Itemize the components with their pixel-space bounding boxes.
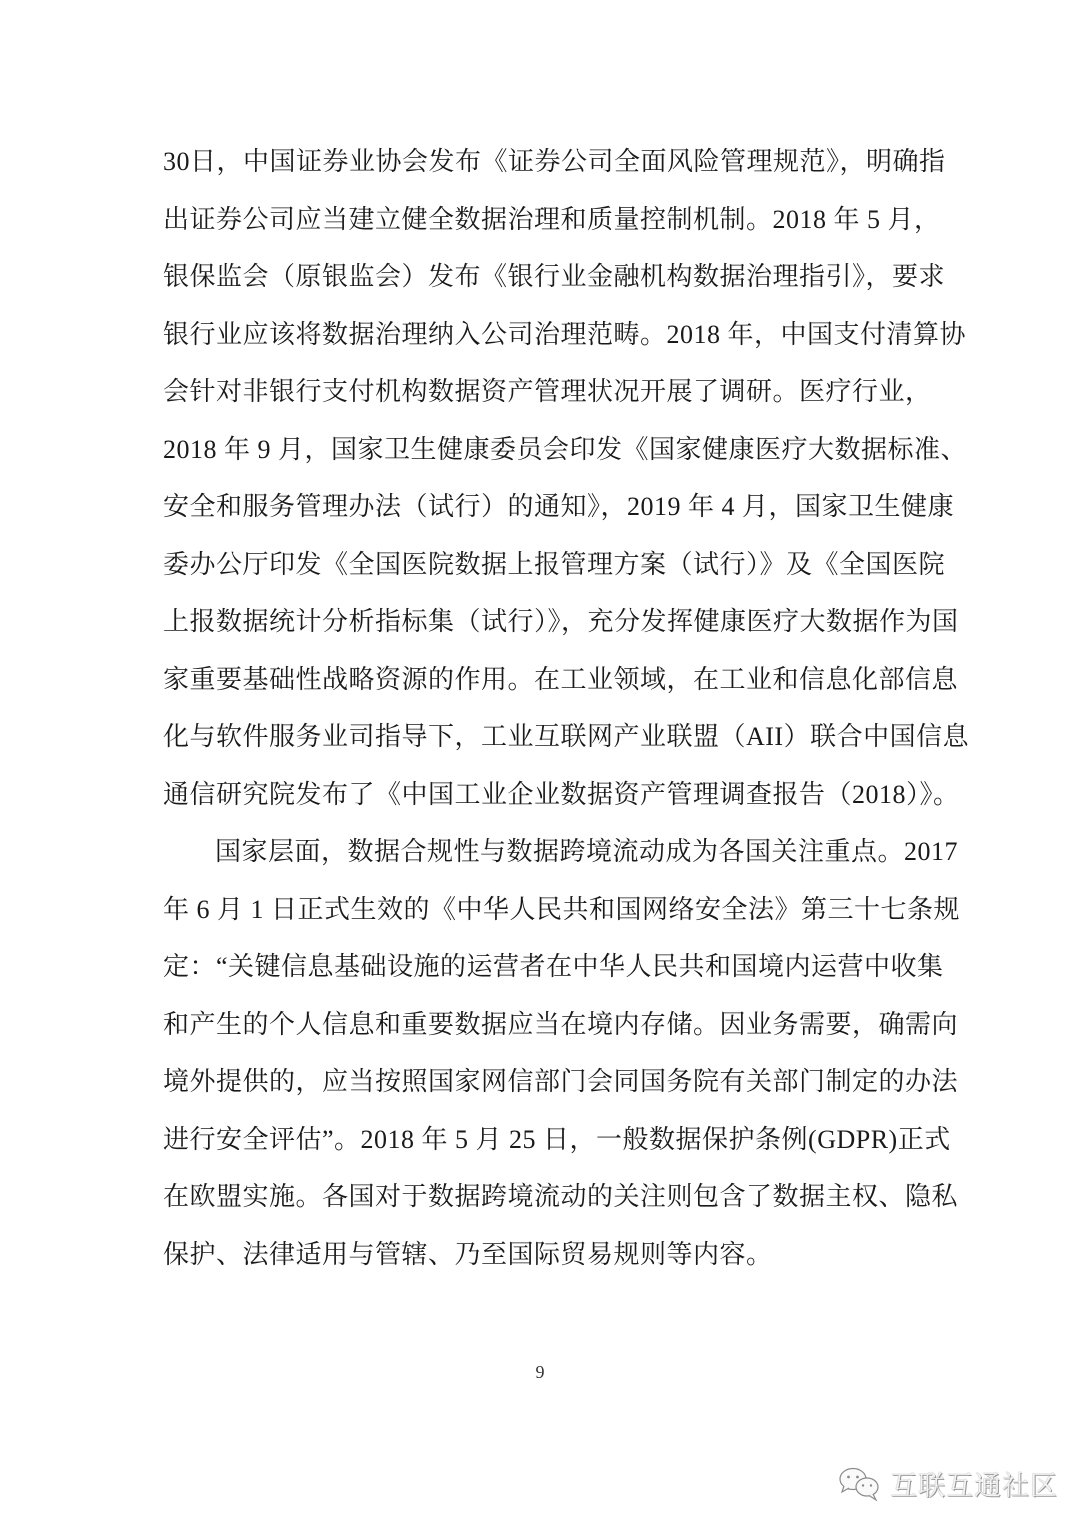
text-line: 在欧盟实施。各国对于数据跨境流动的关注则包含了数据主权、隐私 — [163, 1168, 916, 1226]
text-line: 定：“关键信息基础设施的运营者在中华人民共和国境内运营中收集 — [163, 938, 916, 996]
text-line: 家重要基础性战略资源的作用。在工业领域，在工业和信息化部信息 — [163, 651, 916, 709]
paragraph-end-line: 保护、法律适用与管辖、乃至国际贸易规则等内容。 — [163, 1226, 916, 1284]
text-line: 2018 年 9 月，国家卫生健康委员会印发《国家健康医疗大数据标准、 — [163, 421, 916, 479]
text-line: 30日，中国证券业协会发布《证券公司全面风险管理规范》，明确指 — [163, 133, 916, 191]
text-line: 出证券公司应当建立健全数据治理和质量控制机制。2018 年 5 月， — [163, 191, 916, 249]
paragraph-end-line: 通信研究院发布了《中国工业企业数据资产管理调查报告（2018）》。 — [163, 766, 916, 824]
watermark: 互联互通社区 — [838, 1464, 1058, 1503]
text-line: 委办公厅印发《全国医院数据上报管理方案（试行）》及《全国医院 — [163, 536, 916, 594]
text-line: 化与软件服务业司指导下，工业互联网产业联盟（AII）联合中国信息 — [163, 708, 916, 766]
watermark-text: 互联互通社区 — [890, 1464, 1058, 1503]
paragraph-start-line: 国家层面，数据合规性与数据跨境流动成为各国关注重点。2017 — [163, 823, 916, 881]
wechat-icon — [838, 1466, 882, 1502]
text-line: 上报数据统计分析指标集（试行）》，充分发挥健康医疗大数据作为国 — [163, 593, 916, 651]
text-line: 年 6 月 1 日正式生效的《中华人民共和国网络安全法》第三十七条规 — [163, 881, 916, 939]
document-body: 30日，中国证券业协会发布《证券公司全面风险管理规范》，明确指 出证券公司应当建… — [163, 133, 916, 1283]
text-line: 银保监会（原银监会）发布《银行业金融机构数据治理指引》，要求 — [163, 248, 916, 306]
text-line: 境外提供的，应当按照国家网信部门会同国务院有关部门制定的办法 — [163, 1053, 916, 1111]
text-line: 进行安全评估”。2018 年 5 月 25 日，一般数据保护条例(GDPR)正式 — [163, 1111, 916, 1169]
text-line: 银行业应该将数据治理纳入公司治理范畴。2018 年，中国支付清算协 — [163, 306, 916, 364]
text-line: 和产生的个人信息和重要数据应当在境内存储。因业务需要，确需向 — [163, 996, 916, 1054]
page-number: 9 — [0, 1362, 1080, 1383]
text-line: 安全和服务管理办法（试行）的通知》，2019 年 4 月，国家卫生健康 — [163, 478, 916, 536]
text-line: 会针对非银行支付机构数据资产管理状况开展了调研。医疗行业， — [163, 363, 916, 421]
